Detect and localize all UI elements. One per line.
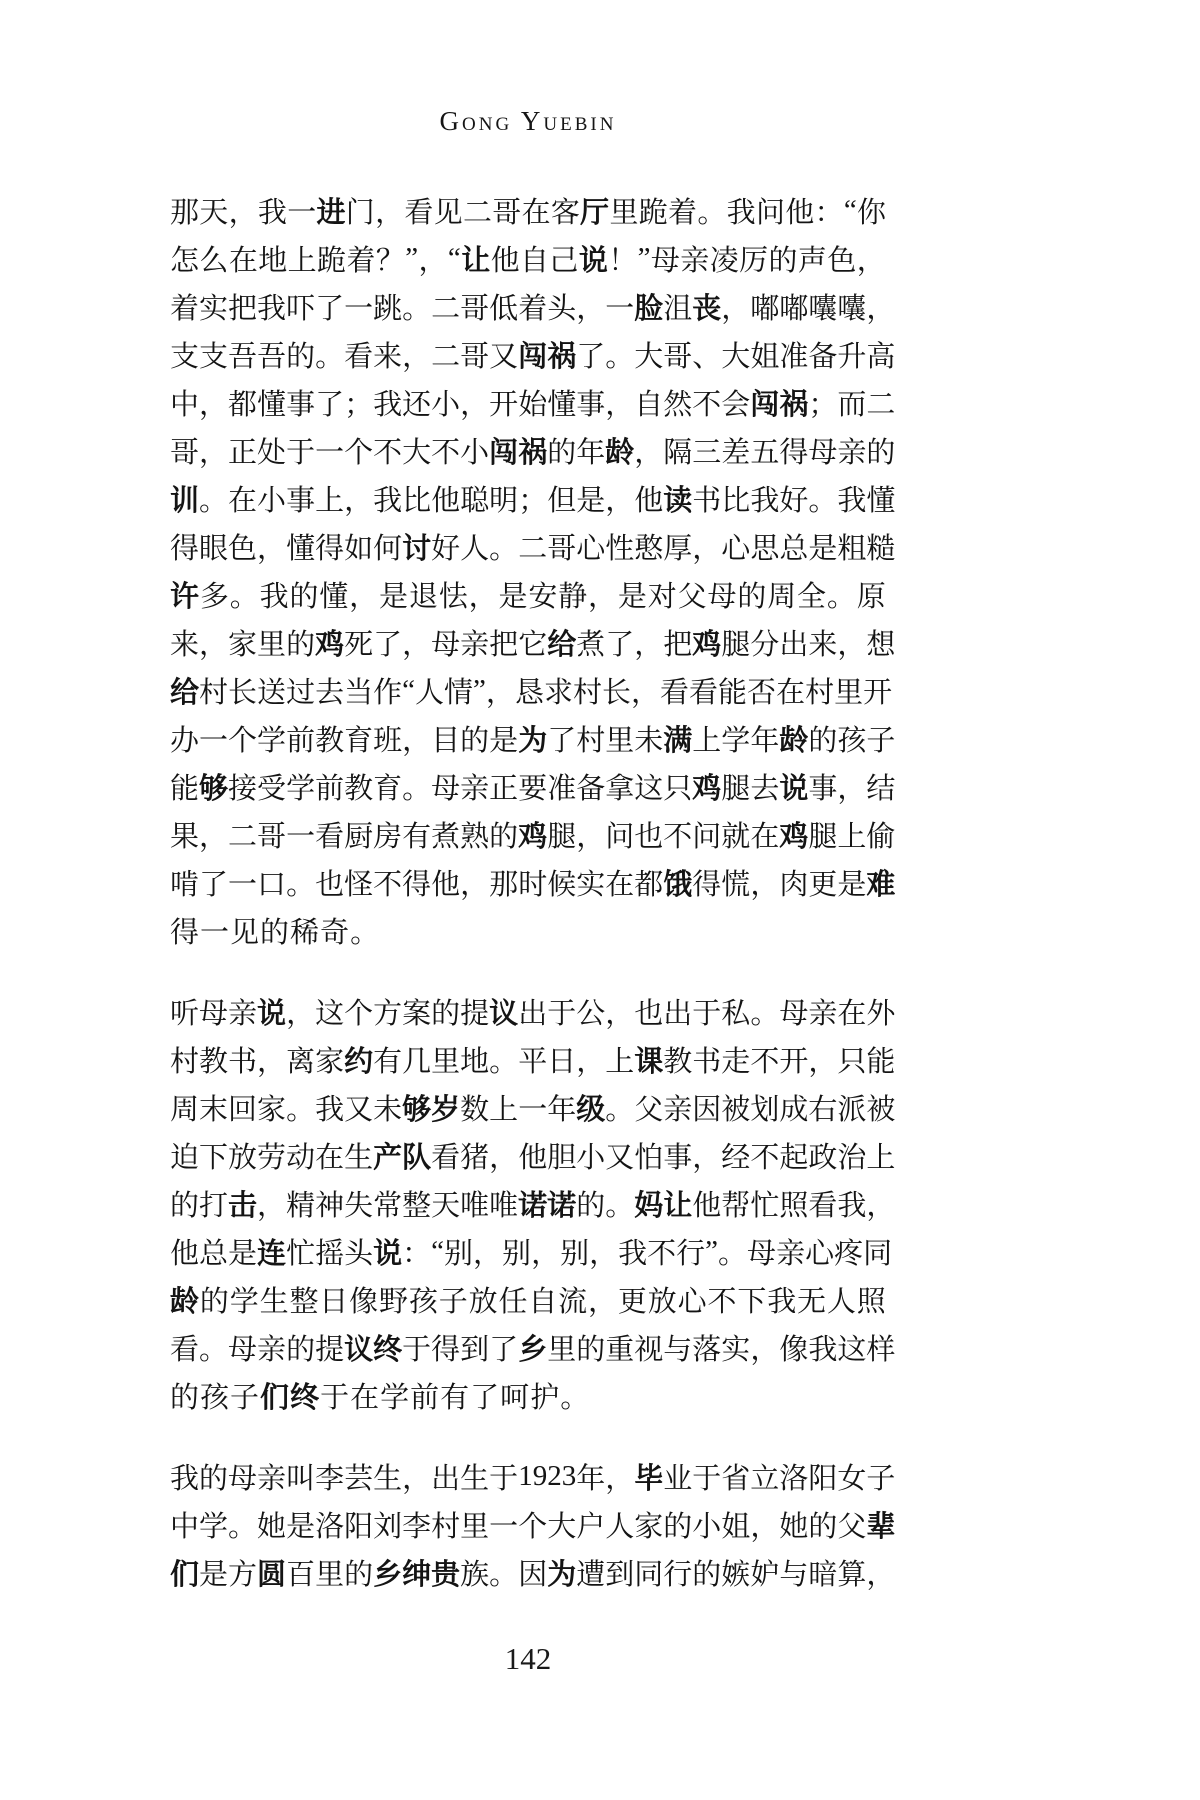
text-line: 哥，正处于一个不大不小闯祸的年龄，隔三差五得母亲的 <box>170 426 886 474</box>
text-line: 能够接受学前教育。母亲正要准备拿这只鸡腿去说事，结 <box>170 762 886 810</box>
text-line: 训。在小事上，我比他聪明；但是，他读书比我好。我懂 <box>170 474 886 522</box>
text-line: 给村长送过去当作“人情”，恳求村长，看看能否在村里开 <box>170 666 886 714</box>
text-line: 的打击，精神失常整天唯唯诺诺的。妈让他帮忙照看我， <box>170 1179 886 1227</box>
text-line: 迫下放劳动在生产队看猪，他胆小又怕事，经不起政治上 <box>170 1131 886 1179</box>
paragraph: 听母亲说，这个方案的提议出于公，也出于私。母亲在外村教书，离家约有几里地。平日，… <box>170 987 886 1419</box>
text-line: 我的母亲叫李芸生，出生于1923年，毕业于省立洛阳女子 <box>170 1452 886 1500</box>
text-line: 得一见的稀奇。 <box>170 906 886 954</box>
text-line: 中，都懂事了；我还小，开始懂事，自然不会闯祸；而二 <box>170 378 886 426</box>
text-line: 中学。她是洛阳刘李村里一个大户人家的小姐，她的父辈 <box>170 1500 886 1548</box>
text-line: 果，二哥一看厨房有煮熟的鸡腿，问也不问就在鸡腿上偷 <box>170 810 886 858</box>
text-line: 周末回家。我又未够岁数上一年级。父亲因被划成右派被 <box>170 1083 886 1131</box>
text-line: 怎么在地上跪着？”，“让他自己说！”母亲凌厉的声色， <box>170 234 886 282</box>
paragraph: 那天，我一进门，看见二哥在客厅里跪着。我问他：“你怎么在地上跪着？”，“让他自己… <box>170 186 886 954</box>
text-line: 啃了一口。也怪不得他，那时候实在都饿得慌，肉更是难 <box>170 858 886 906</box>
text-line: 村教书，离家约有几里地。平日，上课教书走不开，只能 <box>170 1035 886 1083</box>
text-line: 那天，我一进门，看见二哥在客厅里跪着。我问他：“你 <box>170 186 886 234</box>
text-line: 着实把我吓了一跳。二哥低着头，一脸沮丧，嘟嘟囔囔， <box>170 282 886 330</box>
text-line: 许多。我的懂，是退怯，是安静，是对父母的周全。原 <box>170 570 886 618</box>
running-header-author: Gong Yuebin <box>170 106 886 137</box>
text-line: 支支吾吾的。看来，二哥又闯祸了。大哥、大姐准备升高 <box>170 330 886 378</box>
text-line: 龄的学生整日像野孩子放任自流，更放心不下我无人照 <box>170 1275 886 1323</box>
text-line: 他总是连忙摇头说：“别，别，别，我不行”。母亲心疼同 <box>170 1227 886 1275</box>
text-line: 得眼色，懂得如何讨好人。二哥心性憨厚，心思总是粗糙 <box>170 522 886 570</box>
text-line: 听母亲说，这个方案的提议出于公，也出于私。母亲在外 <box>170 987 886 1035</box>
paragraph: 我的母亲叫李芸生，出生于1923年，毕业于省立洛阳女子中学。她是洛阳刘李村里一个… <box>170 1452 886 1596</box>
text-line: 的孩子们终于在学前有了呵护。 <box>170 1371 886 1419</box>
text-line: 看。母亲的提议终于得到了乡里的重视与落实，像我这样 <box>170 1323 886 1371</box>
text-line: 们是方圆百里的乡绅贵族。因为遭到同行的嫉妒与暗算， <box>170 1548 886 1596</box>
page-number: 142 <box>170 1641 886 1677</box>
text-line: 来，家里的鸡死了，母亲把它给煮了，把鸡腿分出来，想 <box>170 618 886 666</box>
book-page: Gong Yuebin 那天，我一进门，看见二哥在客厅里跪着。我问他：“你怎么在… <box>0 0 1200 1800</box>
text-line: 办一个学前教育班，目的是为了村里未满上学年龄的孩子 <box>170 714 886 762</box>
body-text: 那天，我一进门，看见二哥在客厅里跪着。我问他：“你怎么在地上跪着？”，“让他自己… <box>170 186 886 1596</box>
